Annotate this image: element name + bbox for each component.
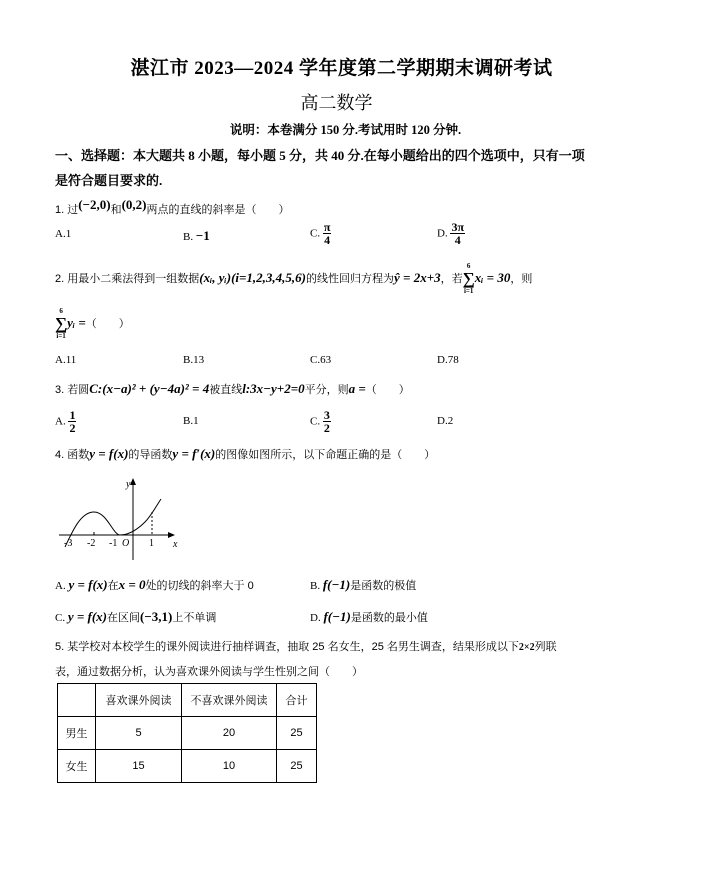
section-heading-line1: 一、选择题：本大题共 8 小题，每小题 5 分，共 40 分.在每小题给出的四个… xyxy=(55,145,585,164)
question-number: 4. xyxy=(55,449,64,461)
svg-text:-1: -1 xyxy=(109,538,117,549)
option-2c: C.63 xyxy=(310,354,331,366)
option-3a: A. 12 xyxy=(55,409,76,434)
option-4b: B. f(−1)是函数的极值 xyxy=(310,577,416,593)
option-1a: A.1 xyxy=(55,228,71,240)
question-2: 2. 用最小二乘法得到一组数据(xᵢ, yᵢ)(i=1,2,3,4,5,6)的线… xyxy=(55,262,532,296)
math-point: (−2,0) xyxy=(78,197,110,212)
question-number: 5. xyxy=(55,641,64,653)
exam-note: 说明：本卷满分 150 分.考试用时 120 分钟. xyxy=(0,120,701,138)
question-5: 5. 某学校对本校学生的课外阅读进行抽样调查，抽取 25 名女生，25 名男生调… xyxy=(55,638,557,654)
option-4c: C. y = f(x)在区间(−3,1)上不单调 xyxy=(55,609,216,625)
question-2-line2: 6∑i=1yᵢ =（ ） xyxy=(55,307,130,341)
svg-text:1: 1 xyxy=(149,538,154,549)
y-axis-label: y xyxy=(125,479,131,490)
table-header-row: 喜欢课外阅读 不喜欢课外阅读 合计 xyxy=(58,684,317,717)
option-2b: B.13 xyxy=(183,354,204,366)
option-2d: D.78 xyxy=(437,354,459,366)
option-3d: D.2 xyxy=(437,415,453,427)
math-point: (0,2) xyxy=(122,197,147,212)
option-1c: C. π4 xyxy=(310,221,331,246)
svg-text:-3: -3 xyxy=(64,538,72,549)
contingency-table: 喜欢课外阅读 不喜欢课外阅读 合计 男生 5 20 25 女生 15 10 25 xyxy=(57,683,317,783)
math-circle: C:(x−a)² + (y−4a)² = 4 xyxy=(89,381,209,396)
question-number: 2. xyxy=(55,273,64,285)
question-number: 3. xyxy=(55,384,64,396)
option-4d: D. f(−1)是函数的最小值 xyxy=(310,609,428,625)
option-1d: D. 3π4 xyxy=(437,221,465,246)
option-3c: C. 32 xyxy=(310,409,331,434)
option-2a: A.11 xyxy=(55,354,76,366)
svg-text:-2: -2 xyxy=(87,538,95,549)
exam-title: 湛江市 2023—2024 学年度第二学期期末调研考试 xyxy=(0,53,701,80)
table-row: 女生 15 10 25 xyxy=(58,750,317,783)
option-3b: B.1 xyxy=(183,415,199,427)
question-3: 3. 若圆C:(x−a)² + (y−4a)² = 4被直线l:3x−y+2=0… xyxy=(55,381,410,397)
x-axis-label: x xyxy=(172,539,178,550)
table-row: 男生 5 20 25 xyxy=(58,717,317,750)
origin-label: O xyxy=(122,538,129,549)
option-4a: A. y = f(x)在x = 0处的切线的斜率大于 0 xyxy=(55,577,254,593)
exam-subtitle: 高二数学 xyxy=(0,89,701,115)
section-heading-line2: 是符合题目要求的. xyxy=(55,170,162,189)
summation-icon: 6∑i=1 xyxy=(55,307,67,341)
summation-icon: 6∑i=1 xyxy=(463,262,475,296)
question-5-line2: 表，通过数据分析，认为喜欢课外阅读与学生性别之间（ ） xyxy=(55,663,363,679)
math-data: (xᵢ, yᵢ)(i=1,2,3,4,5,6) xyxy=(199,270,306,285)
math-line: l:3x−y+2=0 xyxy=(242,381,304,396)
derivative-graph: y x -3 -2 -1 O 1 xyxy=(55,472,185,564)
question-4: 4. 函数y = f(x)的导函数y = f′(x)的图像如图所示，以下命题正确… xyxy=(55,446,435,462)
option-1b: B. −1 xyxy=(183,228,210,244)
question-1: 1. 过(−2,0)和(0,2)两点的直线的斜率是（ ） xyxy=(55,197,290,217)
question-number: 1. xyxy=(55,204,64,216)
math-regression: ŷ = 2x+3 xyxy=(394,270,441,285)
